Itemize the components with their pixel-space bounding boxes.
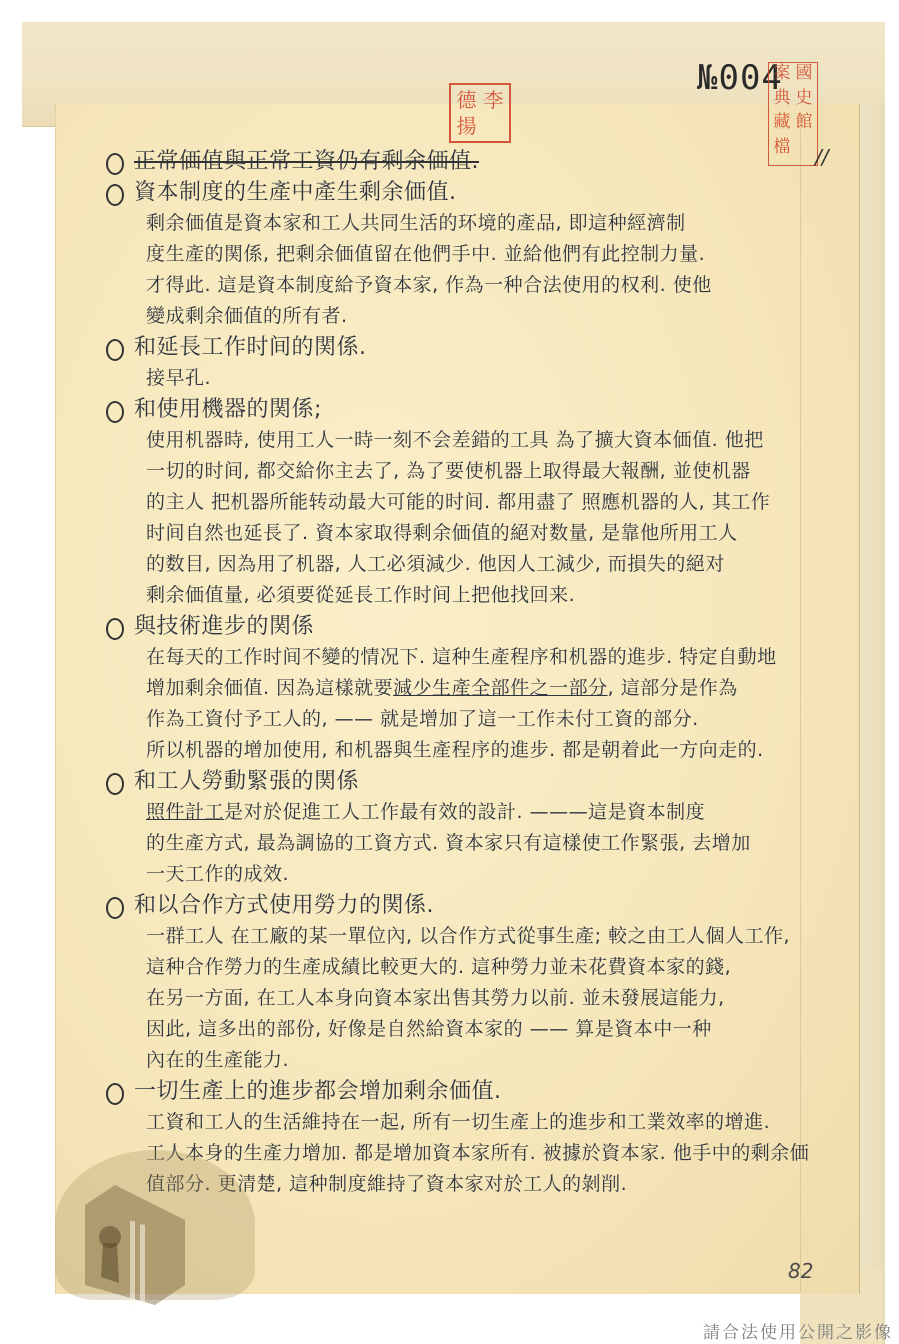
- line-text: 照件計工是对於促進工人工作最有效的設計. ———這是資本制度: [108, 801, 705, 824]
- seal-char: 案: [771, 65, 793, 90]
- body-line: 這种合作勞力的生產成績比較更大的. 這种勞力並未花費資本家的錢,: [108, 956, 853, 987]
- seal-char: 揚: [453, 116, 480, 136]
- circle-bullet-icon: [106, 184, 124, 206]
- line-text: 工資和工人的生活維持在一起, 所有一切生產上的進步和工業效率的增進.: [108, 1111, 770, 1134]
- line-text: 和延長工作时间的関係.: [108, 336, 367, 359]
- line-text: 度生產的関係, 把剩余価值留在他們手中. 並給他們有此控制力量.: [108, 243, 705, 266]
- line-text: 的生產方式, 最為調協的工資方式. 資本家只有這樣使工作緊張, 去增加: [108, 832, 751, 855]
- body-line: 作為工資付予工人的, —— 就是增加了這一工作未付工資的部分.: [108, 708, 853, 739]
- body-line: 剩余価值是資本家和工人共同生活的环境的產品, 即這种經濟制: [108, 212, 853, 243]
- line-text: 和使用機器的関係;: [108, 398, 322, 421]
- circle-bullet-icon: [106, 401, 124, 423]
- archive-keyhole-icon: [75, 1165, 205, 1305]
- body-line: 工資和工人的生活維持在一起, 所有一切生產上的進步和工業效率的增進.: [108, 1111, 853, 1142]
- body-line: 接早孔.: [108, 367, 853, 398]
- usage-notice: 請合法使用公開之影像: [703, 1318, 893, 1343]
- body-line: 剩余価值量, 必須要從延長工作时间上把他找回来.: [108, 584, 853, 615]
- seal-char: 史: [793, 90, 815, 115]
- body-line: 變成剩余価值的所有者.: [108, 305, 853, 336]
- body-line: 在每天的工作时间不變的情况下. 這种生產程序和机器的進步. 特定自動地: [108, 646, 853, 677]
- section-heading: 和以合作方式使用勞力的関係.: [108, 894, 853, 925]
- line-text: 的主人 把机器所能转动最大可能的时间. 都用盡了 照應机器的人, 其工作: [108, 491, 770, 514]
- circle-bullet-icon: [106, 897, 124, 919]
- line-text: 剩余価值量, 必須要從延長工作时间上把他找回来.: [108, 584, 575, 607]
- body-line: 照件計工是对於促進工人工作最有效的設計. ———這是資本制度: [108, 801, 853, 832]
- line-text: 一切生產上的進步都会增加剩余価值.: [108, 1080, 502, 1103]
- circle-bullet-icon: [106, 339, 124, 361]
- line-text: 這种合作勞力的生產成績比較更大的. 這种勞力並未花費資本家的錢,: [108, 956, 731, 979]
- section-heading: 和延長工作时间的関係.: [108, 336, 853, 367]
- line-text: 正常価值與正常工資仍有剩余価值.: [108, 150, 479, 173]
- line-text: 和工人勞動緊張的関係: [108, 770, 359, 793]
- section-heading: 一切生產上的進步都会增加剩余価值.: [108, 1080, 853, 1111]
- seal-char: 典: [771, 90, 793, 115]
- line-text: 使用机器時, 使用工人一時一刻不会差錯的工具 為了擴大資本価值. 他把: [108, 429, 764, 452]
- body-line: 时间自然也延長了. 資本家取得剩余価值的絕对数量, 是靠他所用工人: [108, 522, 853, 553]
- line-text: 變成剩余価值的所有者.: [108, 305, 348, 328]
- body-line: 度生產的関係, 把剩余価值留在他們手中. 並給他們有此控制力量.: [108, 243, 853, 274]
- line-text: 和以合作方式使用勞力的関係.: [108, 894, 434, 917]
- seal-char: 李: [480, 90, 507, 110]
- body-line: 因此, 這多出的部份, 好像是自然給資本家的 —— 算是資本中一种: [108, 1018, 853, 1049]
- line-text: 时间自然也延長了. 資本家取得剩余価值的絕对数量, 是靠他所用工人: [108, 522, 738, 545]
- line-text: 增加剩余価值. 因為這樣就要減少生產全部件之一部分, 這部分是作為: [108, 677, 738, 700]
- section-heading: 和工人勞動緊張的関係: [108, 770, 853, 801]
- line-text: 一天工作的成效.: [108, 863, 289, 886]
- body-line: 的数目, 因為用了机器, 人工必須減少. 他因人工減少, 而損失的絕对: [108, 553, 853, 584]
- circle-bullet-icon: [106, 618, 124, 640]
- seal-char: 館: [793, 114, 815, 139]
- line-text: 剩余価值是資本家和工人共同生活的环境的產品, 即這种經濟制: [108, 212, 686, 235]
- seal-char: 國: [793, 65, 815, 90]
- seal-char: 德: [453, 90, 480, 110]
- seal-char: 藏: [771, 114, 793, 139]
- line-text: 在每天的工作时间不變的情况下. 這种生產程序和机器的進步. 特定自動地: [108, 646, 777, 669]
- line-text: 工人本身的生產力增加. 都是增加資本家所有. 被據於資本家. 他手中的剩余価: [108, 1142, 809, 1165]
- line-text: 在另一方面, 在工人本身向資本家出售其勞力以前. 並未發展這能力,: [108, 987, 725, 1010]
- section-heading: 資本制度的生產中產生剩余価值.: [108, 181, 853, 212]
- underlined-phrase: 減少生產全部件之一部分: [393, 677, 608, 699]
- body-line: 所以机器的增加使用, 和机器與生產程序的進步. 都是朝着此一方向走的.: [108, 739, 853, 770]
- manuscript-content: 正常価值與正常工資仍有剩余価值.資本制度的生產中產生剩余価值.剩余価值是資本家和…: [108, 150, 853, 1204]
- line-text: 的数目, 因為用了机器, 人工必須減少. 他因人工減少, 而損失的絕对: [108, 553, 725, 576]
- body-line: 增加剩余価值. 因為這樣就要減少生產全部件之一部分, 這部分是作為: [108, 677, 853, 708]
- body-line: 內在的生產能力.: [108, 1049, 853, 1080]
- line-text: 接早孔.: [108, 367, 211, 390]
- body-line: 才得此. 這是資本制度給予資本家, 作為一种合法使用的权利. 使他: [108, 274, 853, 305]
- body-line: 一天工作的成效.: [108, 863, 853, 894]
- circle-bullet-icon: [106, 773, 124, 795]
- line-text: 才得此. 這是資本制度給予資本家, 作為一种合法使用的权利. 使他: [108, 274, 712, 297]
- section-heading: 與技術進步的関係: [108, 615, 853, 646]
- section-heading: 和使用機器的関係;: [108, 398, 853, 429]
- line-text: 一切的时间, 都交給你主去了, 為了要使机器上取得最大報酬, 並使机器: [108, 460, 751, 483]
- body-line: 在另一方面, 在工人本身向資本家出售其勞力以前. 並未發展這能力,: [108, 987, 853, 1018]
- section-heading: 正常価值與正常工資仍有剩余価值.: [108, 150, 853, 181]
- body-line: 使用机器時, 使用工人一時一刻不会差錯的工具 為了擴大資本価值. 他把: [108, 429, 853, 460]
- underlined-phrase: 照件計工: [146, 801, 224, 823]
- body-line: 的主人 把机器所能转动最大可能的时间. 都用盡了 照應机器的人, 其工作: [108, 491, 853, 522]
- line-text: 內在的生產能力.: [108, 1049, 289, 1072]
- circle-bullet-icon: [106, 1083, 124, 1105]
- name-seal-stamp: 德 李 揚: [449, 83, 511, 143]
- line-text: 與技術進步的関係: [108, 615, 314, 638]
- line-text: 一群工人 在工廠的某一單位內, 以合作方式從事生產; 較之由工人個人工作,: [108, 925, 790, 948]
- page-number: 82: [788, 1259, 813, 1283]
- body-line: 一群工人 在工廠的某一單位內, 以合作方式從事生產; 較之由工人個人工作,: [108, 925, 853, 956]
- line-text: 資本制度的生產中產生剩余価值.: [108, 181, 457, 204]
- body-line: 一切的时间, 都交給你主去了, 為了要使机器上取得最大報酬, 並使机器: [108, 460, 853, 491]
- body-line: 的生產方式, 最為調協的工資方式. 資本家只有這樣使工作緊張, 去增加: [108, 832, 853, 863]
- line-text: 所以机器的增加使用, 和机器與生產程序的進步. 都是朝着此一方向走的.: [108, 739, 764, 762]
- line-text: 作為工資付予工人的, —— 就是增加了這一工作未付工資的部分.: [108, 708, 699, 731]
- circle-bullet-icon: [106, 153, 124, 175]
- line-text: 因此, 這多出的部份, 好像是自然給資本家的 —— 算是資本中一种: [108, 1018, 712, 1041]
